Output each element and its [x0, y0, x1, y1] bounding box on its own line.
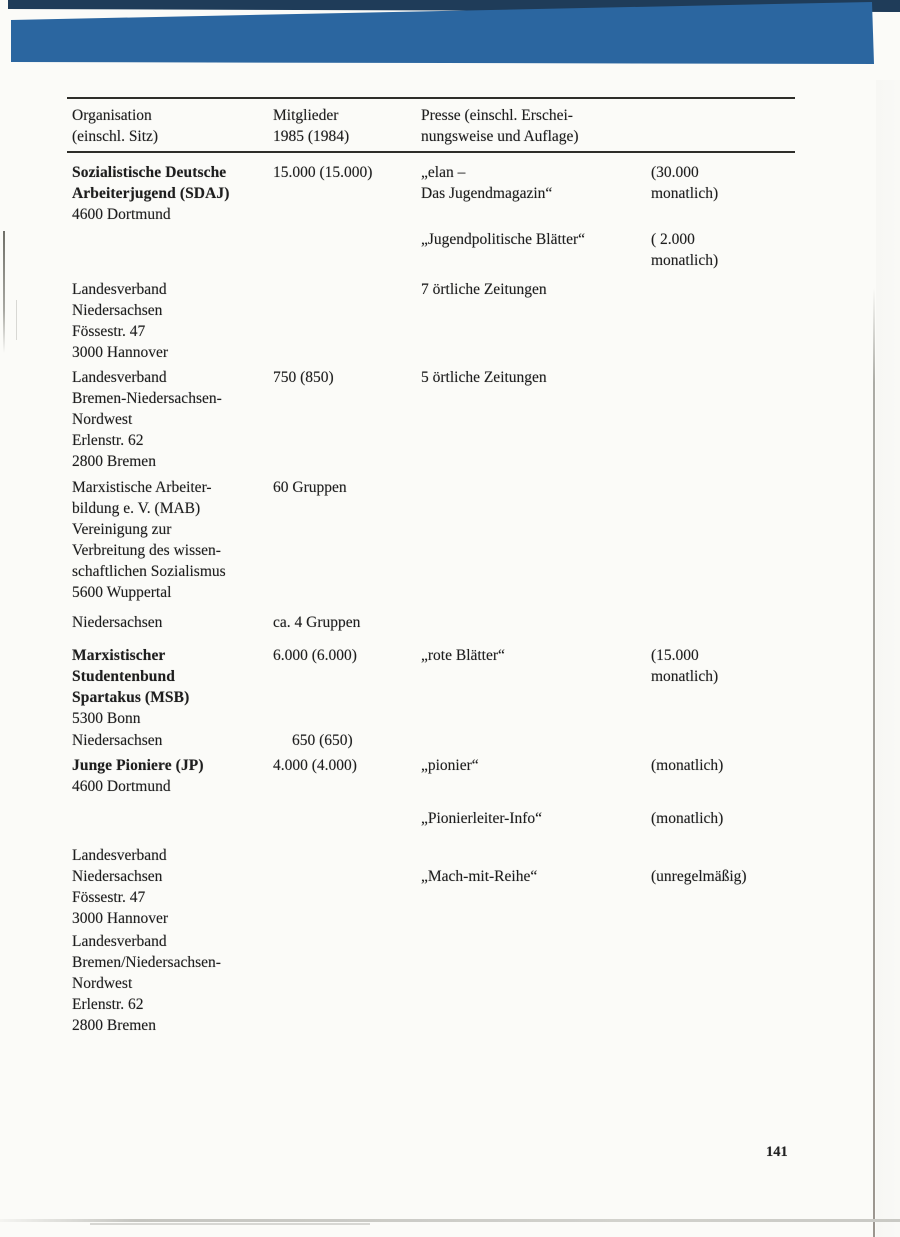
press-title-line: „pionier“ [421, 755, 542, 776]
members-cell: 4.000 (4.000) [273, 755, 357, 776]
org-line: Studentenbund [72, 666, 189, 687]
members-value: 650 (650) [292, 730, 353, 751]
press-cell: „rote Blätter“ [421, 645, 505, 666]
circulation-line: (monatlich) [651, 755, 723, 776]
page-edge-left-crease [3, 231, 5, 353]
org-line: Fössestr. 47 [72, 321, 168, 342]
circulation-line: monatlich) [651, 250, 718, 271]
press-cell: 7 örtliche Zeitungen [421, 279, 547, 300]
org-line: 4600 Dortmund [72, 776, 204, 797]
org-cell: Marxistische Arbeiter- bildung e. V. (MA… [72, 477, 226, 603]
org-line: Bremen/Niedersachsen- [72, 952, 221, 973]
top-banner-graphic [0, 0, 900, 78]
members-value: 60 Gruppen [273, 477, 347, 498]
members-cell: 650 (650) [292, 730, 353, 751]
members-cell: ca. 4 Gruppen [273, 612, 360, 633]
press-cell: „pionier“ „Pionierleiter-Info“ [421, 755, 542, 829]
org-line: 5300 Bonn [72, 708, 189, 729]
org-line: Niedersachsen [72, 730, 162, 751]
org-line: Erlenstr. 62 [72, 994, 221, 1015]
press-title-line: „Mach-mit-Reihe“ [421, 866, 537, 887]
org-line: Nordwest [72, 973, 221, 994]
members-value: 4.000 (4.000) [273, 755, 357, 776]
scanned-page: Organisation (einschl. Sitz) Mitglieder … [0, 0, 900, 1237]
column-header-line: Presse (einschl. Erschei- [421, 105, 579, 126]
org-line: Fössestr. 47 [72, 887, 168, 908]
org-line: Marxistische Arbeiter- [72, 477, 226, 498]
press-title-line: 7 örtliche Zeitungen [421, 279, 547, 300]
press-title-line: „Pionierleiter-Info“ [421, 808, 542, 829]
members-value: 6.000 (6.000) [273, 645, 357, 666]
org-line: Spartakus (MSB) [72, 687, 189, 708]
org-line: Landesverband [72, 845, 168, 866]
column-header-line: Organisation [72, 105, 158, 126]
org-line: Bremen-Niedersachsen- [72, 388, 222, 409]
column-header-presse: Presse (einschl. Erschei- nungsweise und… [421, 105, 579, 147]
members-cell: 6.000 (6.000) [273, 645, 357, 666]
org-line: Marxistischer [72, 645, 189, 666]
table-top-rule [67, 97, 795, 99]
page-edge-bottom-shadow-dark [90, 1223, 370, 1225]
org-line: 2800 Bremen [72, 451, 222, 472]
circulation-line: ( 2.000 [651, 229, 718, 250]
circulation-cell: (unregelmäßig) [651, 845, 747, 887]
org-line: schaftlichen Sozialismus [72, 561, 226, 582]
table-header-rule [67, 151, 795, 153]
press-cell: 5 örtliche Zeitungen [421, 367, 547, 388]
page-number: 141 [766, 1144, 788, 1161]
press-title-line: Das Jugendmagazin“ [421, 183, 585, 204]
press-title-line: „rote Blätter“ [421, 645, 505, 666]
circulation-line: (30.000 [651, 162, 718, 183]
page-edge-right-shadow [873, 288, 875, 1237]
press-cell: „elan – Das Jugendmagazin“ „Jugendpoliti… [421, 162, 585, 250]
column-header-organisation: Organisation (einschl. Sitz) [72, 105, 158, 147]
org-line: Arbeiterjugend (SDAJ) [72, 183, 230, 204]
circulation-line: (unregelmäßig) [651, 866, 747, 887]
org-line: bildung e. V. (MAB) [72, 498, 226, 519]
org-line: Junge Pioniere (JP) [72, 755, 204, 776]
press-cell: „Mach-mit-Reihe“ [421, 845, 537, 887]
column-header-mitglieder: Mitglieder 1985 (1984) [273, 105, 349, 147]
circulation-line: monatlich) [651, 183, 718, 204]
press-title-line: „Jugendpolitische Blätter“ [421, 229, 585, 250]
org-cell: Marxistischer Studentenbund Spartakus (M… [72, 645, 189, 729]
circulation-cell: (15.000 monatlich) [651, 645, 718, 687]
org-cell: Landesverband Bremen/Niedersachsen- Nord… [72, 931, 221, 1036]
press-title-line: 5 örtliche Zeitungen [421, 367, 547, 388]
org-line: Landesverband [72, 279, 168, 300]
org-cell: Landesverband Niedersachsen Fössestr. 47… [72, 845, 168, 929]
members-cell: 750 (850) [273, 367, 334, 388]
org-line: 4600 Dortmund [72, 204, 230, 225]
banner-blue-band [11, 2, 874, 64]
circulation-line: (monatlich) [651, 808, 723, 829]
members-value: 15.000 (15.000) [273, 162, 372, 183]
column-header-line: (einschl. Sitz) [72, 126, 158, 147]
members-value: 750 (850) [273, 367, 334, 388]
org-line: Erlenstr. 62 [72, 430, 222, 451]
org-line: 5600 Wuppertal [72, 582, 226, 603]
press-title-line: „elan – [421, 162, 585, 183]
org-line: 3000 Hannover [72, 342, 168, 363]
page-edge-bottom-shadow [0, 1219, 900, 1222]
members-value: ca. 4 Gruppen [273, 612, 360, 633]
column-header-line: nungsweise und Auflage) [421, 126, 579, 147]
org-line: Nordwest [72, 409, 222, 430]
org-cell: Sozialistische Deutsche Arbeiterjugend (… [72, 162, 230, 225]
members-cell: 15.000 (15.000) [273, 162, 372, 183]
org-line: Verbreitung des wissen- [72, 540, 226, 561]
column-header-line: Mitglieder [273, 105, 349, 126]
circulation-cell: (30.000 monatlich) ( 2.000 monatlich) [651, 162, 718, 271]
org-line: 2800 Bremen [72, 1015, 221, 1036]
circulation-cell: (monatlich) (monatlich) [651, 755, 723, 829]
org-line: Landesverband [72, 931, 221, 952]
org-line: Vereinigung zur [72, 519, 226, 540]
org-line: Landesverband [72, 367, 222, 388]
org-cell: Landesverband Bremen-Niedersachsen- Nord… [72, 367, 222, 472]
org-cell: Junge Pioniere (JP) 4600 Dortmund [72, 755, 204, 797]
org-line: Sozialistische Deutsche [72, 162, 230, 183]
page-edge-left-crease-faint [16, 300, 17, 340]
circulation-line: monatlich) [651, 666, 718, 687]
org-cell: Landesverband Niedersachsen Fössestr. 47… [72, 279, 168, 363]
org-line: Niedersachsen [72, 612, 162, 633]
org-line: Niedersachsen [72, 300, 168, 321]
page-edge-right-margin [876, 80, 900, 1237]
members-cell: 60 Gruppen [273, 477, 347, 498]
org-cell: Niedersachsen [72, 612, 162, 633]
circulation-line: (15.000 [651, 645, 718, 666]
org-cell: Niedersachsen [72, 730, 162, 751]
column-header-line: 1985 (1984) [273, 126, 349, 147]
org-line: Niedersachsen [72, 866, 168, 887]
org-line: 3000 Hannover [72, 908, 168, 929]
